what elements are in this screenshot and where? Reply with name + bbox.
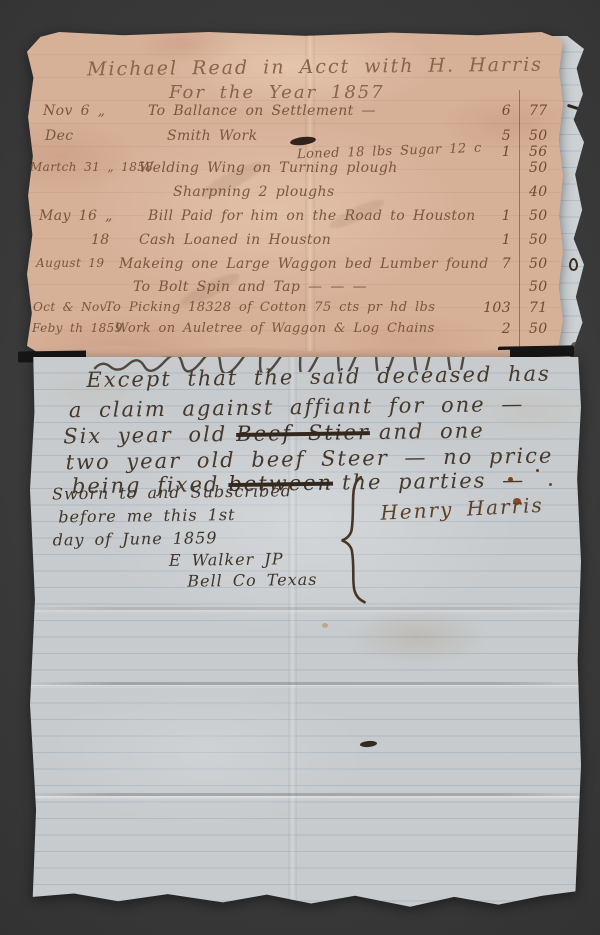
affidavit-text: Six year old xyxy=(63,422,227,448)
affidavit-line: Six year oldBeef Stierand one xyxy=(63,418,485,448)
row-description: Cash Loaned in Houston xyxy=(139,232,331,248)
row-date: August 19 xyxy=(36,256,104,270)
row-cents: 77 xyxy=(529,103,565,119)
row-dollars: 1 xyxy=(465,144,511,160)
row-cents: 40 xyxy=(529,184,565,200)
row-dollars: 6 xyxy=(465,103,511,119)
ledger-row: Oct & Nov To Picking 18328 of Cotton 75 … xyxy=(27,300,563,322)
row-cents: 50 xyxy=(529,128,565,144)
row-description: To Bolt Spin and Tap — — — xyxy=(133,279,367,295)
ledger-title: Michael Read in Acct with H. Harris xyxy=(87,54,543,81)
notary-brace xyxy=(334,474,372,606)
jurat-line: Sworn to and Subscribed xyxy=(52,481,292,503)
affidavit-text: a claim against affiant for one — xyxy=(69,392,525,422)
jurat-line: E Walker JP xyxy=(169,549,284,570)
row-dollars: 7 xyxy=(465,256,511,272)
row-dollars: 2 xyxy=(465,321,511,337)
scan-background: Michael Read in Acct with H. Harris For … xyxy=(0,0,600,935)
row-description: Smith Work xyxy=(167,128,257,144)
ledger-row: Feby th 1859 Work on Auletree of Waggon … xyxy=(27,321,563,343)
row-cents: 50 xyxy=(529,160,565,176)
ledger-row: Sharpning 2 ploughs 40 xyxy=(27,184,563,206)
affidavit-text-block: Except that the said deceased has a clai… xyxy=(26,353,585,913)
row-description: To Ballance on Settlement — xyxy=(148,103,376,119)
row-dollars: 103 xyxy=(465,300,511,316)
ink-mark xyxy=(567,104,582,111)
row-date: Feby th 1859 xyxy=(32,321,123,335)
jurat-line: before me this 1st xyxy=(58,505,235,526)
signature: Henry Harris xyxy=(380,493,545,525)
row-date: Oct & Nov xyxy=(33,300,107,314)
affidavit-text: and one xyxy=(379,418,485,443)
row-description: To Picking 18328 of Cotton 75 cts pr hd … xyxy=(105,300,435,315)
affidavit-text: Except that the said deceased has xyxy=(86,362,551,392)
row-cents: 50 xyxy=(529,232,565,248)
ledger-year: For the Year 1857 xyxy=(169,82,385,103)
row-dollars: 1 xyxy=(465,208,511,224)
row-description: Loned 18 lbs Sugar 12 c xyxy=(297,141,482,162)
jurat-line: day of June 1859 xyxy=(53,528,218,549)
row-cents: 56 xyxy=(529,144,565,160)
ledger-row: August 19 Makeing one Large Waggon bed L… xyxy=(27,256,563,278)
row-cents: 50 xyxy=(529,256,565,272)
ledger-row: Martch 31 „ 1858 Welding Wing on Turning… xyxy=(27,160,563,182)
row-description: Welding Wing on Turning plough xyxy=(139,160,398,176)
row-date: Nov 6 „ xyxy=(43,103,105,119)
row-description: Sharpning 2 ploughs xyxy=(173,184,335,200)
ledger-row: May 16 „ Bill Paid for him on the Road t… xyxy=(27,208,563,230)
jurat-line: Bell Co Texas xyxy=(187,570,317,591)
affidavit-paper: Except that the said deceased has a clai… xyxy=(30,357,581,909)
row-date: 18 xyxy=(91,232,110,248)
row-description: Work on Auletree of Waggon & Log Chains xyxy=(115,321,435,336)
row-cents: 50 xyxy=(529,208,565,224)
ledger-paper: Michael Read in Acct with H. Harris For … xyxy=(27,32,563,359)
row-cents: 50 xyxy=(529,321,565,337)
row-date: May 16 „ xyxy=(39,208,113,224)
row-date: Martch 31 „ 1858 xyxy=(30,160,153,174)
struck-text: Beef Stier xyxy=(236,420,370,446)
row-cents: 50 xyxy=(529,279,565,295)
row-dollars: 1 xyxy=(465,232,511,248)
row-date: Dec xyxy=(45,128,74,144)
row-description: Bill Paid for him on the Road to Houston xyxy=(148,208,476,224)
ledger-paper-surface: Michael Read in Acct with H. Harris For … xyxy=(27,32,563,359)
affidavit-paper-surface: Except that the said deceased has a clai… xyxy=(30,357,581,909)
ink-mark xyxy=(569,258,578,271)
ledger-row: Nov 6 „ To Ballance on Settlement — 6 77 xyxy=(27,103,563,125)
row-description: Makeing one Large Waggon bed Lumber foun… xyxy=(119,256,489,272)
row-cents: 71 xyxy=(529,300,565,316)
ledger-row: To Bolt Spin and Tap — — — 50 xyxy=(27,279,563,301)
ledger-row: 18 Cash Loaned in Houston 1 50 xyxy=(27,232,563,254)
